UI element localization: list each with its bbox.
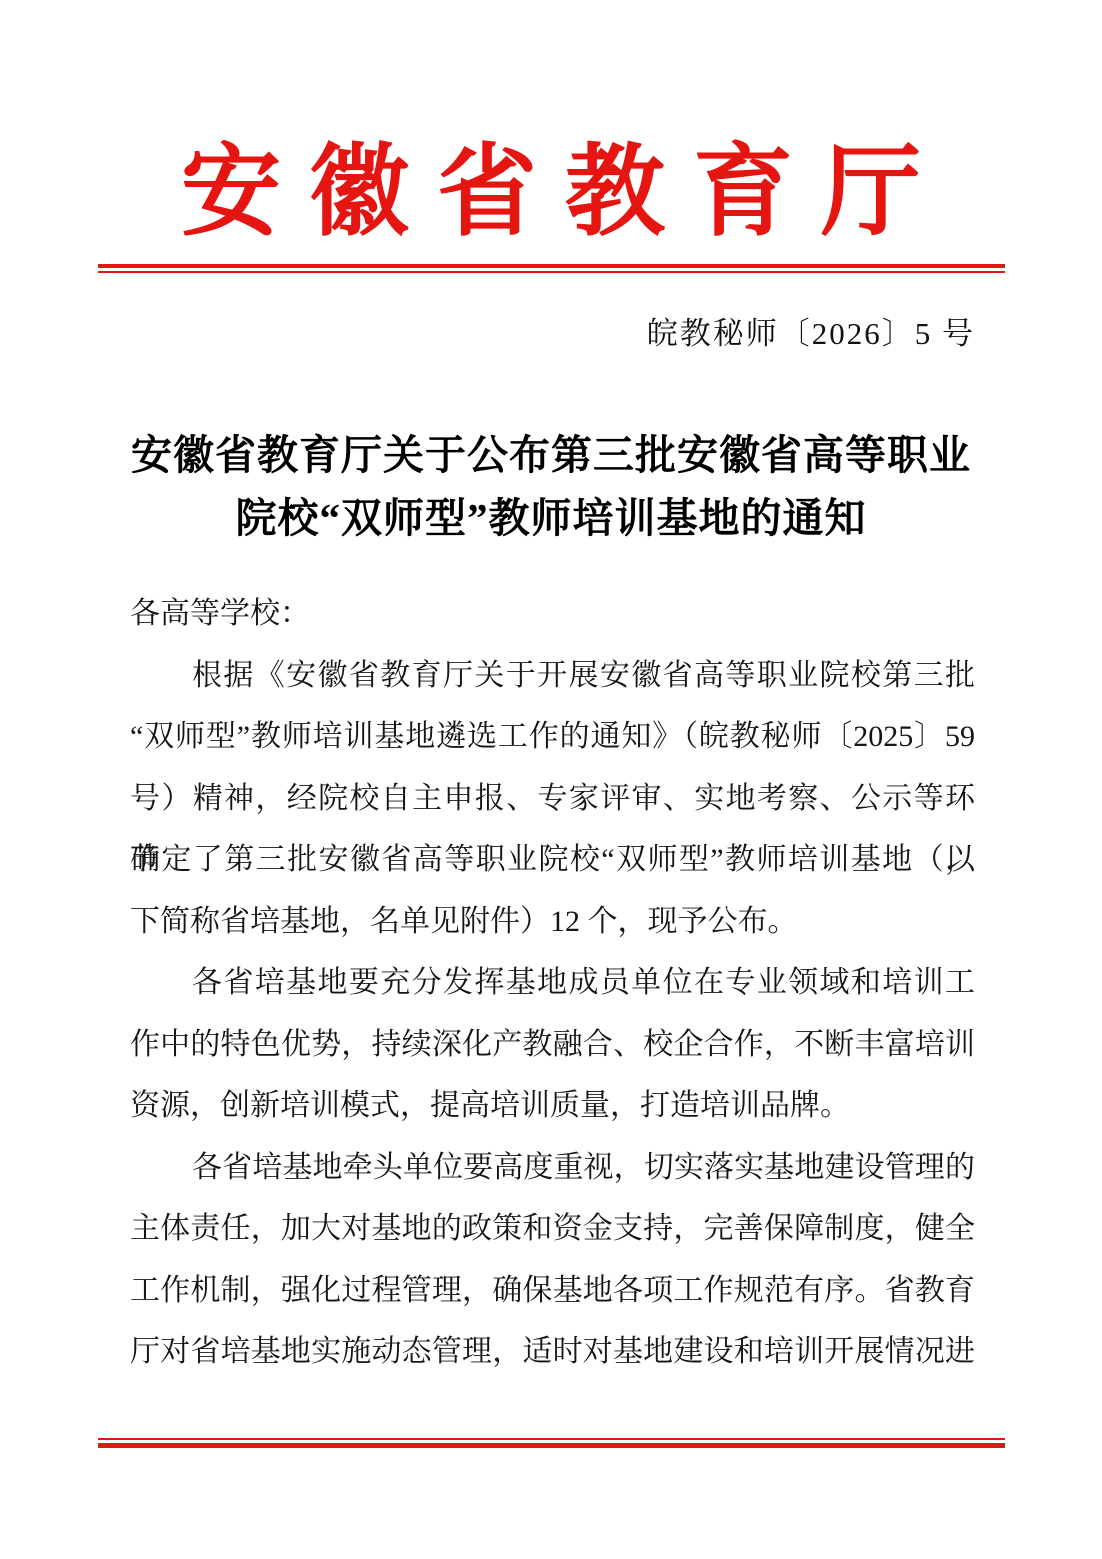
document-title-line-1: 安徽省教育厅关于公布第三批安徽省高等职业 <box>0 424 1102 487</box>
body-line: 资源，创新培训模式，提高培训质量，打造培训品牌。 <box>130 1075 975 1137</box>
document-number: 皖教秘师〔2026〕5 号 <box>130 312 975 356</box>
bottom-double-rule <box>98 1438 1005 1448</box>
body-line: 主体责任，加大对基地的政策和资金支持，完善保障制度，健全 <box>130 1198 975 1260</box>
document-title: 安徽省教育厅关于公布第三批安徽省高等职业 院校“双师型”教师培训基地的通知 <box>0 424 1102 550</box>
body-line: 下简称省培基地，名单见附件）12 个，现予公布。 <box>130 891 975 953</box>
body-line: 各省培基地要充分发挥基地成员单位在专业领域和培训工 <box>130 952 975 1014</box>
body-line: 工作机制，强化过程管理，确保基地各项工作规范有序。省教育 <box>130 1260 975 1322</box>
top-double-rule <box>98 264 1005 273</box>
body-line: 作中的特色优势，持续深化产教融合、校企合作，不断丰富培训 <box>130 1014 975 1076</box>
body-line: 根据《安徽省教育厅关于开展安徽省高等职业院校第三批 <box>130 645 975 707</box>
agency-name-header: 安徽省教育厅 <box>0 128 1102 258</box>
document-page: 安徽省教育厅 皖教秘师〔2026〕5 号 安徽省教育厅关于公布第三批安徽省高等职… <box>0 0 1102 1559</box>
body-salutation: 各高等学校： <box>130 583 975 645</box>
body-line: 各省培基地牵头单位要高度重视，切实落实基地建设管理的 <box>130 1137 975 1199</box>
document-body: 各高等学校： 根据《安徽省教育厅关于开展安徽省高等职业院校第三批 “双师型”教师… <box>130 583 975 1383</box>
body-line: 号）精神，经院校自主申报、专家评审、实地考察、公示等环节， <box>130 768 975 830</box>
document-title-line-2: 院校“双师型”教师培训基地的通知 <box>0 487 1102 550</box>
body-line: 确定了第三批安徽省高等职业院校“双师型”教师培训基地（以 <box>130 829 975 891</box>
body-line: 厅对省培基地实施动态管理，适时对基地建设和培训开展情况进 <box>130 1321 975 1383</box>
body-line: “双师型”教师培训基地遴选工作的通知》（皖教秘师〔2025〕59 <box>130 706 975 768</box>
